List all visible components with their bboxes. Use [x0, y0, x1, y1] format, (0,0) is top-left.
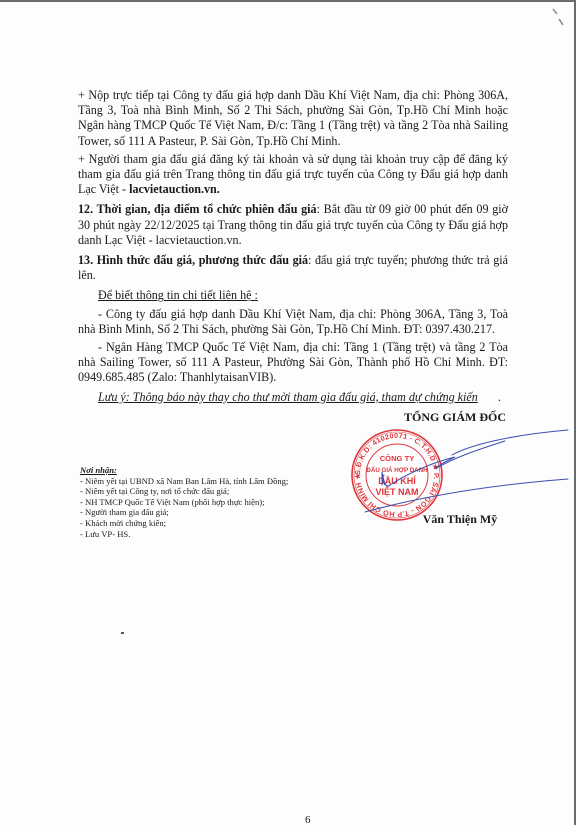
recipients-block: Nơi nhận: - Niêm yết tại UBND xã Nam Ban…	[80, 465, 350, 539]
recipient-item: - Niêm yết tại Công ty, nơi tổ chức đấu …	[80, 486, 350, 497]
scan-corner-mark	[550, 6, 568, 28]
notice-note: Lưu ý: Thông báo này thay cho thư mời th…	[78, 390, 508, 405]
scan-speck	[121, 632, 124, 634]
auction-website-link: lacvietauction.vn.	[129, 182, 220, 196]
recipients-title: Nơi nhận:	[80, 465, 350, 476]
signature-title: TỔNG GIÁM ĐỐC	[370, 410, 540, 425]
notice-note-text: Lưu ý: Thông báo này thay cho thư mời th…	[98, 390, 478, 404]
recipient-item: - NH TMCP Quốc Tế Việt Nam (phối hợp thự…	[80, 497, 350, 508]
document-page: + Nộp trực tiếp tại Công ty đấu giá hợp …	[0, 0, 576, 825]
contact-item-bank: - Ngân Hàng TMCP Quốc Tế Việt Nam, địa c…	[78, 340, 508, 386]
recipient-item: - Niêm yết tại UBND xã Nam Ban Lâm Hà, t…	[80, 476, 350, 487]
recipient-item: - Lưu VP- HS.	[80, 529, 350, 540]
section-12-heading: 12. Thời gian, địa điểm tổ chức phiên đấ…	[78, 202, 317, 216]
signer-name: Văn Thiện Mỹ	[405, 512, 515, 527]
notice-note-end: .	[478, 390, 501, 405]
document-body: + Nộp trực tiếp tại Công ty đấu giá hợp …	[78, 88, 508, 405]
handwritten-signature	[360, 427, 570, 522]
page-number: 6	[305, 814, 311, 825]
submission-direct-paragraph: + Nộp trực tiếp tại Công ty đấu giá hợp …	[78, 88, 508, 149]
online-registration-paragraph: + Người tham gia đấu giá đăng ký tài kho…	[78, 152, 508, 198]
section-12: 12. Thời gian, địa điểm tổ chức phiên đấ…	[78, 202, 508, 248]
recipient-item: - Khách mời chứng kiến;	[80, 518, 350, 529]
section-13: 13. Hình thức đấu giá, phương thức đấu g…	[78, 253, 508, 283]
section-13-heading: 13. Hình thức đấu giá, phương thức đấu g…	[78, 253, 308, 267]
recipient-item: - Người tham gia đấu giá;	[80, 507, 350, 518]
contact-heading-text: Để biết thông tin chi tiết liên hệ :	[98, 288, 258, 302]
contact-item-auction-company: - Công ty đấu giá hợp danh Dầu Khí Việt …	[78, 307, 508, 337]
contact-heading: Để biết thông tin chi tiết liên hệ :	[78, 288, 508, 303]
